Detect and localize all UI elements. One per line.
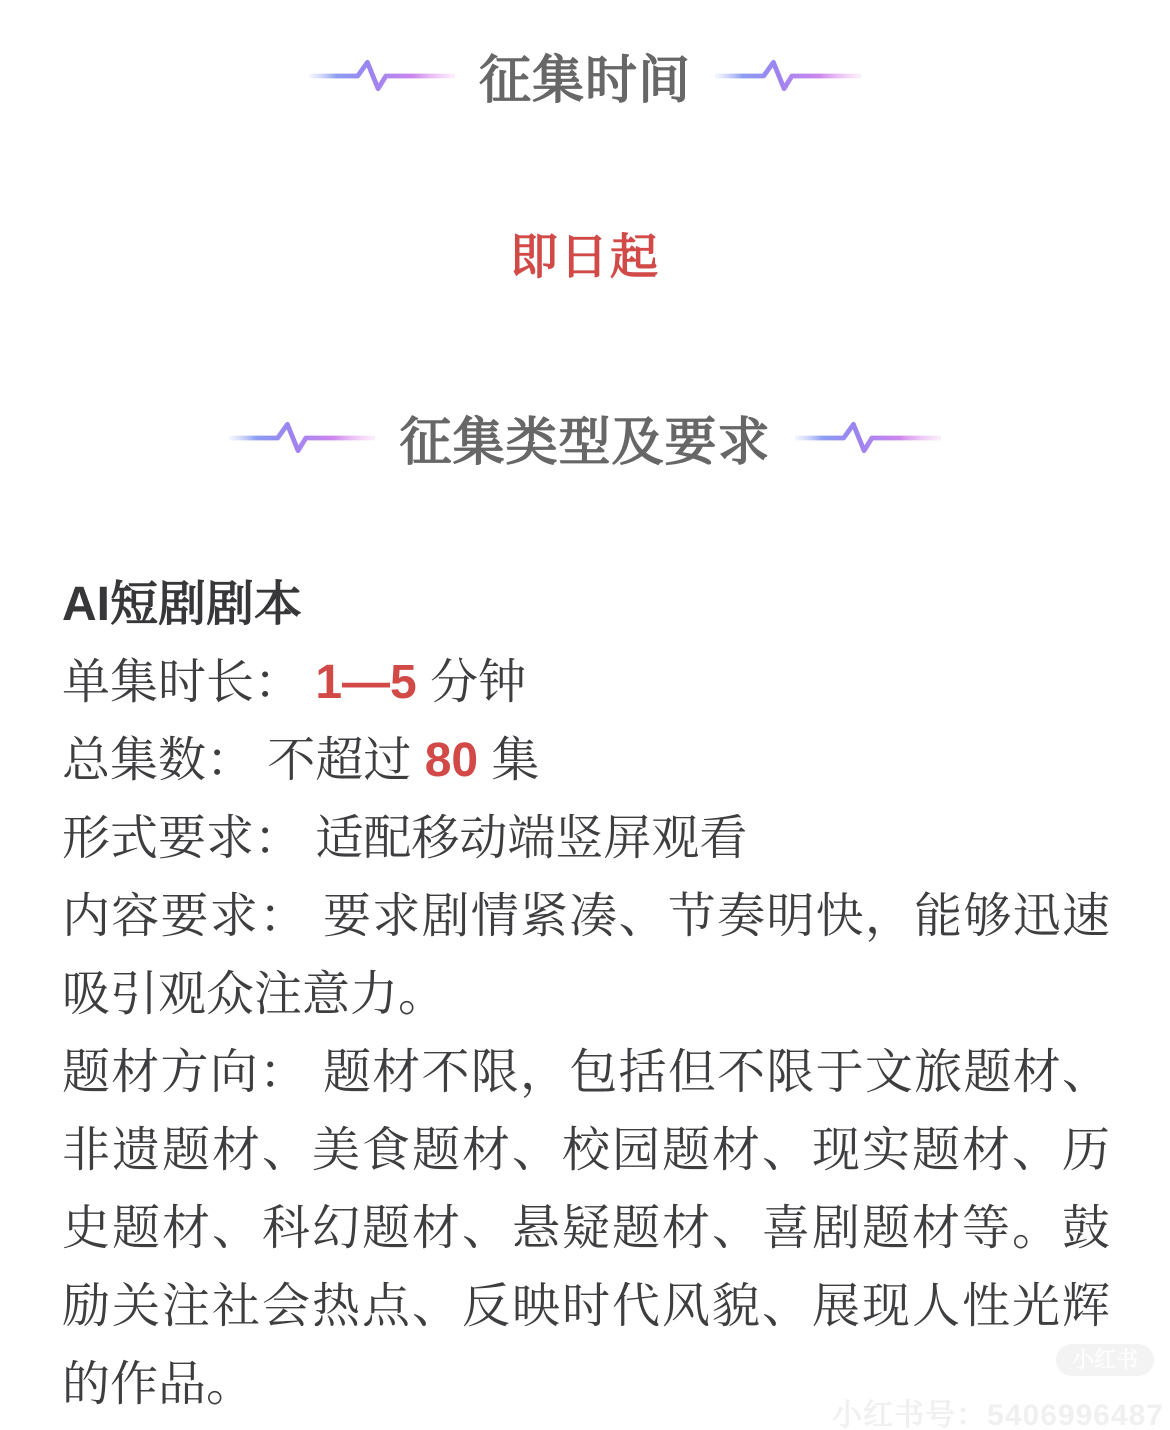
duration-label: 单集时长： — [62, 656, 315, 709]
requirements-body: AI短剧剧本 单集时长： 1—5 分钟 总集数： 不超过 80 集 形式要求： … — [62, 566, 1110, 1424]
theme-text: 题材不限，包括但不限于文旅题材、非遗题材、美食题材、校园题材、现实题材、历史题材… — [62, 1046, 1110, 1411]
episodes-label: 总集数： — [62, 734, 267, 787]
episodes-text: 不超过 — [267, 734, 424, 787]
episodes-unit: 集 — [478, 734, 539, 787]
xiaohongshu-account-id: 小红书号：5406996487 — [832, 1390, 1164, 1430]
duration-highlight: 1—5 — [315, 656, 416, 709]
requirements-title: 征集类型及要求 — [399, 400, 770, 475]
episodes-line: 总集数： 不超过 80 集 — [62, 722, 1110, 800]
heartbeat-pulse-icon — [715, 56, 861, 96]
theme-label: 题材方向： — [62, 1046, 323, 1099]
script-type-heading: AI短剧剧本 — [62, 566, 1110, 644]
episodes-highlight: 80 — [425, 734, 478, 787]
content-label: 内容要求： — [62, 890, 323, 943]
heartbeat-pulse-icon — [229, 418, 375, 458]
section-header-collection-time: 征集时间 — [0, 38, 1170, 113]
content-requirement-line: 内容要求： 要求剧情紧凑、节奏明快，能够迅速吸引观众注意力。 — [62, 878, 1110, 1034]
duration-line: 单集时长： 1—5 分钟 — [62, 644, 1110, 722]
heartbeat-pulse-icon — [309, 56, 455, 96]
theme-line: 题材方向： 题材不限，包括但不限于文旅题材、非遗题材、美食题材、校园题材、现实题… — [62, 1034, 1110, 1424]
xiaohongshu-logo-badge: 小红书 — [1056, 1344, 1154, 1376]
format-line: 形式要求： 适配移动端竖屏观看 — [62, 800, 1110, 878]
start-date-value: 即日起 — [0, 218, 1170, 287]
section-header-requirements: 征集类型及要求 — [0, 400, 1170, 475]
heartbeat-pulse-icon — [795, 418, 941, 458]
format-text: 适配移动端竖屏观看 — [315, 812, 747, 865]
duration-unit: 分钟 — [417, 656, 526, 709]
format-label: 形式要求： — [62, 812, 315, 865]
collection-time-title: 征集时间 — [479, 38, 691, 113]
